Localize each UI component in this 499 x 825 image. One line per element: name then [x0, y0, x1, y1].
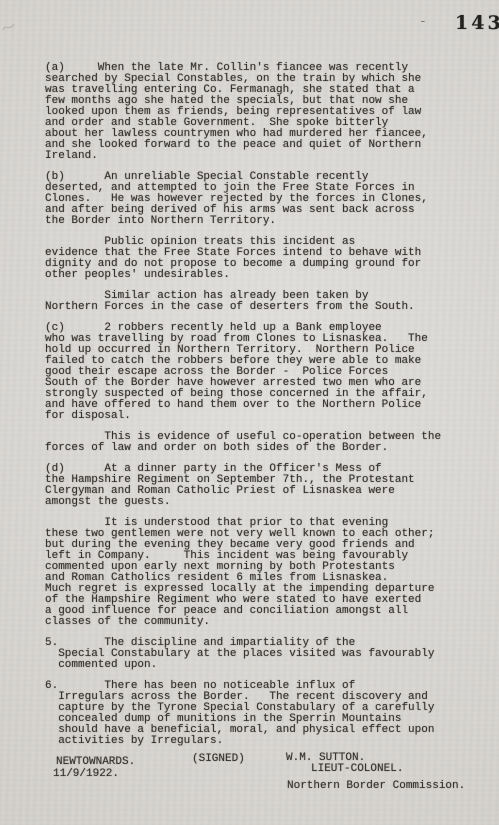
paragraph-b-similar-action: Similar action has already been taken by…	[45, 291, 475, 313]
footer-organization: Northern Border Commission.	[287, 781, 465, 792]
dash-mark: -	[419, 14, 427, 29]
paragraph-d-understood: It is understood that prior to that even…	[45, 518, 475, 628]
document-body: (a) When the late Mr. Collin's fiancee w…	[45, 63, 475, 747]
footer-signer-rank: LIEUT-COLONEL.	[311, 764, 403, 775]
paragraph-a: (a) When the late Mr. Collin's fiancee w…	[45, 63, 475, 162]
paragraph-d: (d) At a dinner party in the Officer's M…	[45, 464, 475, 508]
pencil-mark-icon	[1, 20, 17, 34]
scanned-document-page: - 143 (a) When the late Mr. Collin's fia…	[0, 0, 499, 825]
paragraph-b: (b) An unreliable Special Constable rece…	[45, 172, 475, 227]
footer-signed-label: (SIGNED)	[192, 754, 245, 765]
page-number: 143	[455, 12, 499, 34]
paragraph-c: (c) 2 robbers recently held up a Bank em…	[45, 323, 475, 422]
paragraph-item-6: 6. There has been no noticeable influx o…	[45, 681, 475, 747]
paragraph-item-5: 5. The discipline and impartiality of th…	[45, 638, 475, 671]
footer-place: NEWTOWNARDS.	[56, 757, 135, 768]
footer-date: 11/9/1922.	[53, 769, 119, 780]
paragraph-c-cooperation: This is evidence of useful co-operation …	[45, 432, 475, 454]
paragraph-b-public-opinion: Public opinion treats this incident as e…	[45, 237, 475, 281]
